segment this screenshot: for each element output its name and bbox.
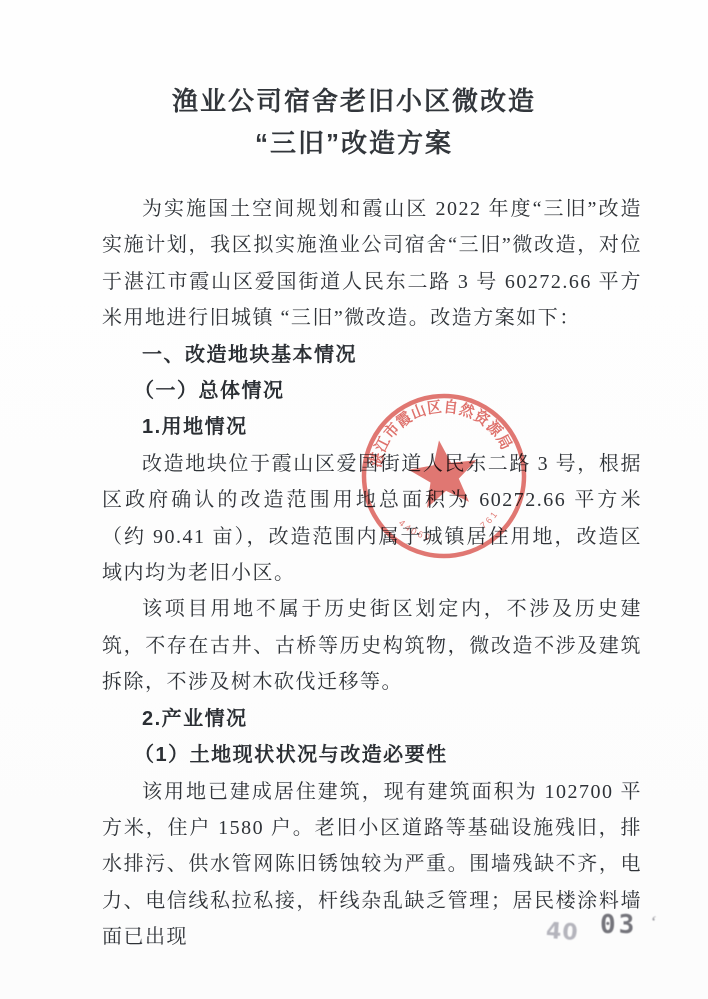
paragraph-land-use: 改造地块位于霞山区爱国街道人民东二路 3 号，根据区政府确认的改造范围用地总面积…: [102, 446, 642, 592]
heading-land-status: （1）土地现状状况与改造必要性: [102, 737, 642, 773]
paragraph-building-status: 该用地已建成居住建筑，现有建筑面积为 102700 平方米，住户 1580 户。…: [102, 774, 642, 956]
heading-section-one: 一、改造地块基本情况: [102, 337, 642, 373]
heading-land-use: 1.用地情况: [102, 409, 642, 445]
scanned-document-page: 渔业公司宿舍老旧小区微改造 “三旧”改造方案 为实施国土空间规划和霞山区 202…: [0, 0, 708, 999]
paragraph-intro: 为实施国土空间规划和霞山区 2022 年度“三旧”改造实施计划，我区拟实施渔业公…: [102, 191, 642, 337]
heading-industry: 2.产业情况: [102, 701, 642, 737]
paragraph-historic-district: 该项目用地不属于历史街区划定内，不涉及历史建筑，不存在古井、古桥等历史构筑物，微…: [102, 591, 642, 700]
document-title-line1: 渔业公司宿舍老旧小区微改造: [0, 80, 708, 122]
document-body: 为实施国土空间规划和霞山区 2022 年度“三旧”改造实施计划，我区拟实施渔业公…: [102, 191, 642, 956]
document-title: 渔业公司宿舍老旧小区微改造 “三旧”改造方案: [0, 80, 708, 164]
document-title-line2: “三旧”改造方案: [0, 122, 708, 164]
heading-overall-situation: （一）总体情况: [102, 373, 642, 409]
footer-tick-mark: ‘: [648, 912, 658, 934]
